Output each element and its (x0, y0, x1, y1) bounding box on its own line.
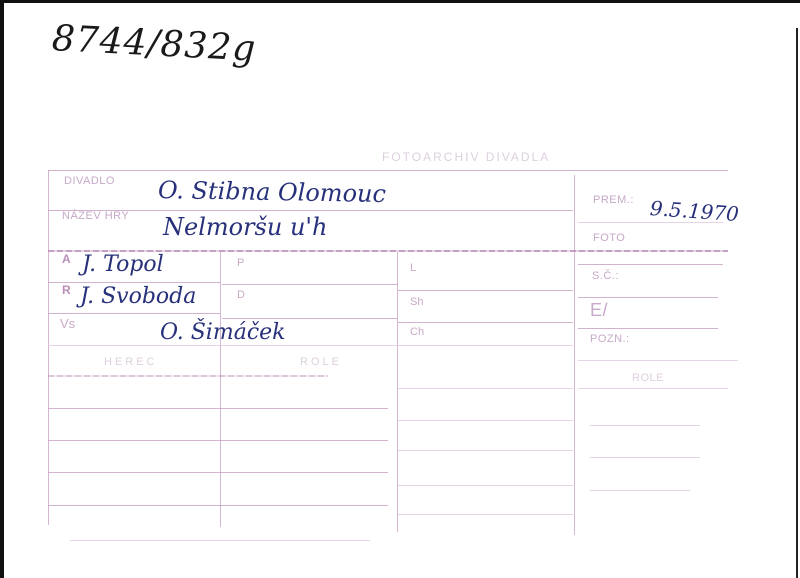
cast-row-line-2 (48, 440, 388, 441)
cast-top-line (48, 345, 573, 346)
middle-role-header: ROLE (300, 356, 342, 368)
form-top-line (48, 170, 728, 171)
archive-number: 8744/832g (51, 18, 257, 70)
cast-row-line-3 (48, 472, 388, 473)
middle-d-label: D (237, 289, 245, 301)
credit-vs-value: O. Šimáček (160, 320, 286, 345)
credits-divider (220, 252, 221, 527)
cast-header-underline (48, 375, 328, 377)
credit-r-label: R (62, 283, 71, 297)
cast-bottom-line (70, 540, 370, 541)
right-l-label: L (410, 262, 416, 274)
divadlo-value: O. Stibna Olomouc (158, 176, 386, 208)
credit-a-value: J. Topol (82, 252, 164, 277)
sc-label: S.Č.: (592, 270, 619, 282)
sc-underline (578, 297, 718, 298)
pozn-label: POZN.: (590, 333, 630, 345)
foto-label: FOTO (593, 232, 625, 244)
middle-p-label: P (237, 257, 244, 269)
scan-border-right (796, 28, 798, 578)
scan-border-left (0, 0, 4, 578)
right-role-header: ROLE (632, 372, 664, 384)
scan-border-top (0, 0, 800, 3)
divadlo-label: DIVADLO (64, 175, 115, 187)
right-sh-label: Sh (410, 296, 423, 308)
cast-row-line-2b (398, 450, 573, 451)
cast-row-line-4b (398, 514, 573, 515)
cast-row-line-1c (590, 425, 700, 426)
cast-row-line-2c (590, 457, 700, 458)
header-stamp: FOTOARCHIV DIVADLA (382, 150, 550, 164)
cast-row-line-1 (48, 408, 388, 409)
nazev-hry-value: Nelmoršu u'h (163, 213, 327, 241)
right-sh-underline (398, 322, 573, 323)
foto-underline (578, 264, 723, 265)
credit-r-underline (48, 313, 220, 314)
premiera-underline (578, 222, 723, 223)
e-label: E/ (590, 300, 608, 321)
credit-a-underline (48, 282, 220, 283)
cast-row-line-3c (590, 490, 690, 491)
form-right-column-divider (574, 175, 575, 535)
premiera-label: PREM.: (593, 194, 634, 206)
middle-d-underline (222, 318, 397, 319)
cast-row-line-1b (398, 420, 573, 421)
herec-header: HEREC (104, 356, 158, 368)
middle-p-underline (222, 284, 397, 285)
right-ch-label: Ch (410, 326, 424, 338)
middle-divider (397, 252, 398, 532)
cast-row-line-3b (398, 485, 573, 486)
credit-vs-label: Vs (60, 316, 75, 331)
right-l-underline (398, 290, 573, 291)
e-underline (578, 328, 718, 329)
nazev-hry-label: NÁZEV HRY (62, 210, 129, 222)
pozn-underline (578, 360, 738, 361)
credit-a-label: A (62, 252, 71, 266)
cast-header-underline-right (398, 388, 573, 389)
credit-r-value: J. Svoboda (80, 284, 196, 309)
right-header-underline (578, 388, 728, 389)
cast-row-line-4 (48, 505, 388, 506)
